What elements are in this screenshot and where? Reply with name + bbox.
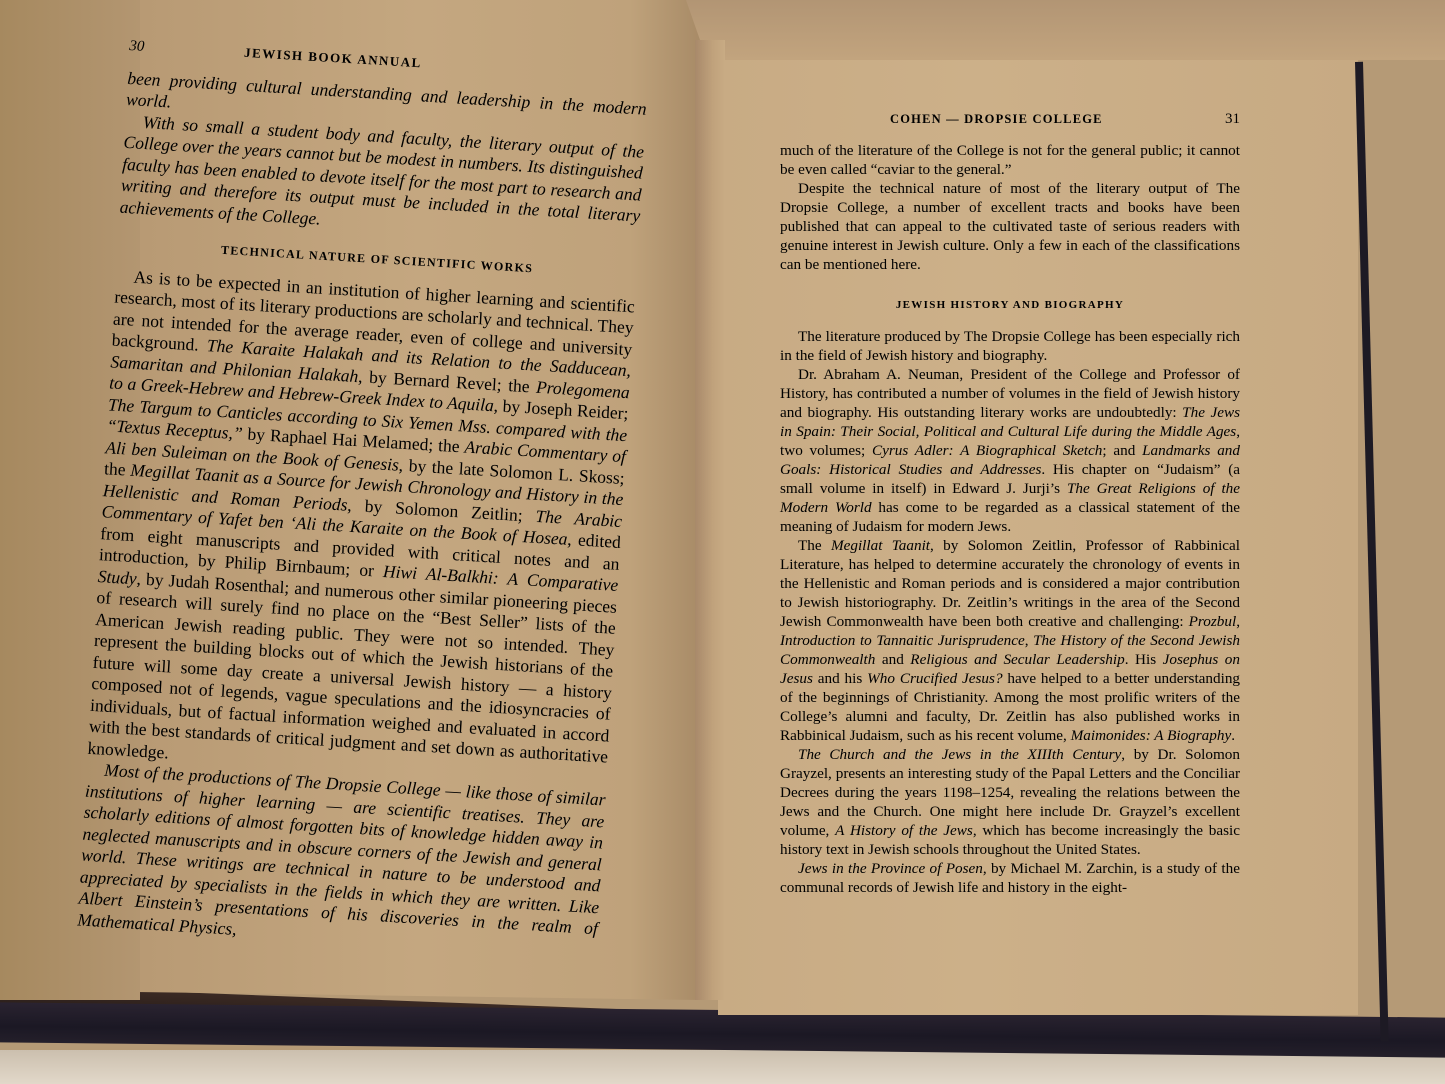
text-run: ; and [1102, 442, 1142, 459]
section-heading: JEWISH HISTORY AND BIOGRAPHY [780, 296, 1240, 315]
right-running-head: COHEN — DROPSIE COLLEGE 31 [780, 110, 1240, 129]
book-title: Who Crucified Jesus? [867, 670, 1002, 687]
book-title: Jews in the Province of Posen [798, 860, 983, 877]
book-gutter [695, 40, 725, 1000]
text-run: , by Judah Rosenthal; and numerous other… [87, 568, 617, 767]
photo-scene: 30 JEWISH BOOK ANNUAL been providing cul… [0, 0, 1445, 1084]
book-title: Prozbul [1189, 613, 1237, 630]
paragraph-zarchin: Jews in the Province of Posen, by Michae… [780, 859, 1240, 897]
book-title: The Church and the Jews in the XIIIth Ce… [798, 746, 1121, 763]
book-title: Maimonides: A Biography [1071, 727, 1232, 744]
text-run: Dr. Abraham A. Neuman, President of the … [780, 366, 1240, 421]
page-number: 31 [1225, 110, 1240, 129]
paragraph-productions: Most of the productions of The Dropsie C… [77, 759, 606, 962]
text-run: . [1231, 727, 1235, 744]
text-run: . His [1125, 651, 1163, 668]
paragraph-literature: The literature produced by The Dropsie C… [780, 327, 1240, 365]
text-run: and [875, 651, 910, 668]
book-title: Introduction to Tannaitic Jurisprudence [780, 632, 1025, 649]
text-run: The [798, 537, 831, 554]
book-title: A History of the Jews [835, 822, 973, 839]
left-page-text: 30 JEWISH BOOK ANNUAL been providing cul… [77, 35, 649, 961]
paragraph-despite: Despite the technical nature of most of … [780, 179, 1240, 274]
text-run: , [1236, 613, 1240, 630]
paragraph-zeitlin: The Megillat Taanit, by Solomon Zeitlin,… [780, 536, 1240, 745]
page-top-shadow [640, 0, 1445, 60]
paragraph-technical-works: As is to be expected in an institution o… [87, 265, 635, 789]
running-head-title: COHEN — DROPSIE COLLEGE [890, 110, 1103, 129]
book-cover-edge-right [1355, 62, 1389, 1042]
text-run: and his [813, 670, 867, 687]
paragraph-neuman: Dr. Abraham A. Neuman, President of the … [780, 365, 1240, 536]
book-title: Megillat Taanit [831, 537, 930, 554]
page-number: 30 [129, 36, 145, 58]
right-page-text: COHEN — DROPSIE COLLEGE 31 much of the l… [780, 110, 1240, 897]
book-title: Cyrus Adler: A Biographical Sketch [872, 442, 1102, 459]
book-title: Religious and Secular Leadership [910, 651, 1124, 668]
paragraph-grayzel: The Church and the Jews in the XIIIth Ce… [780, 745, 1240, 859]
paragraph-continued: much of the literature of the College is… [780, 141, 1240, 179]
text-run: , [1025, 632, 1033, 649]
